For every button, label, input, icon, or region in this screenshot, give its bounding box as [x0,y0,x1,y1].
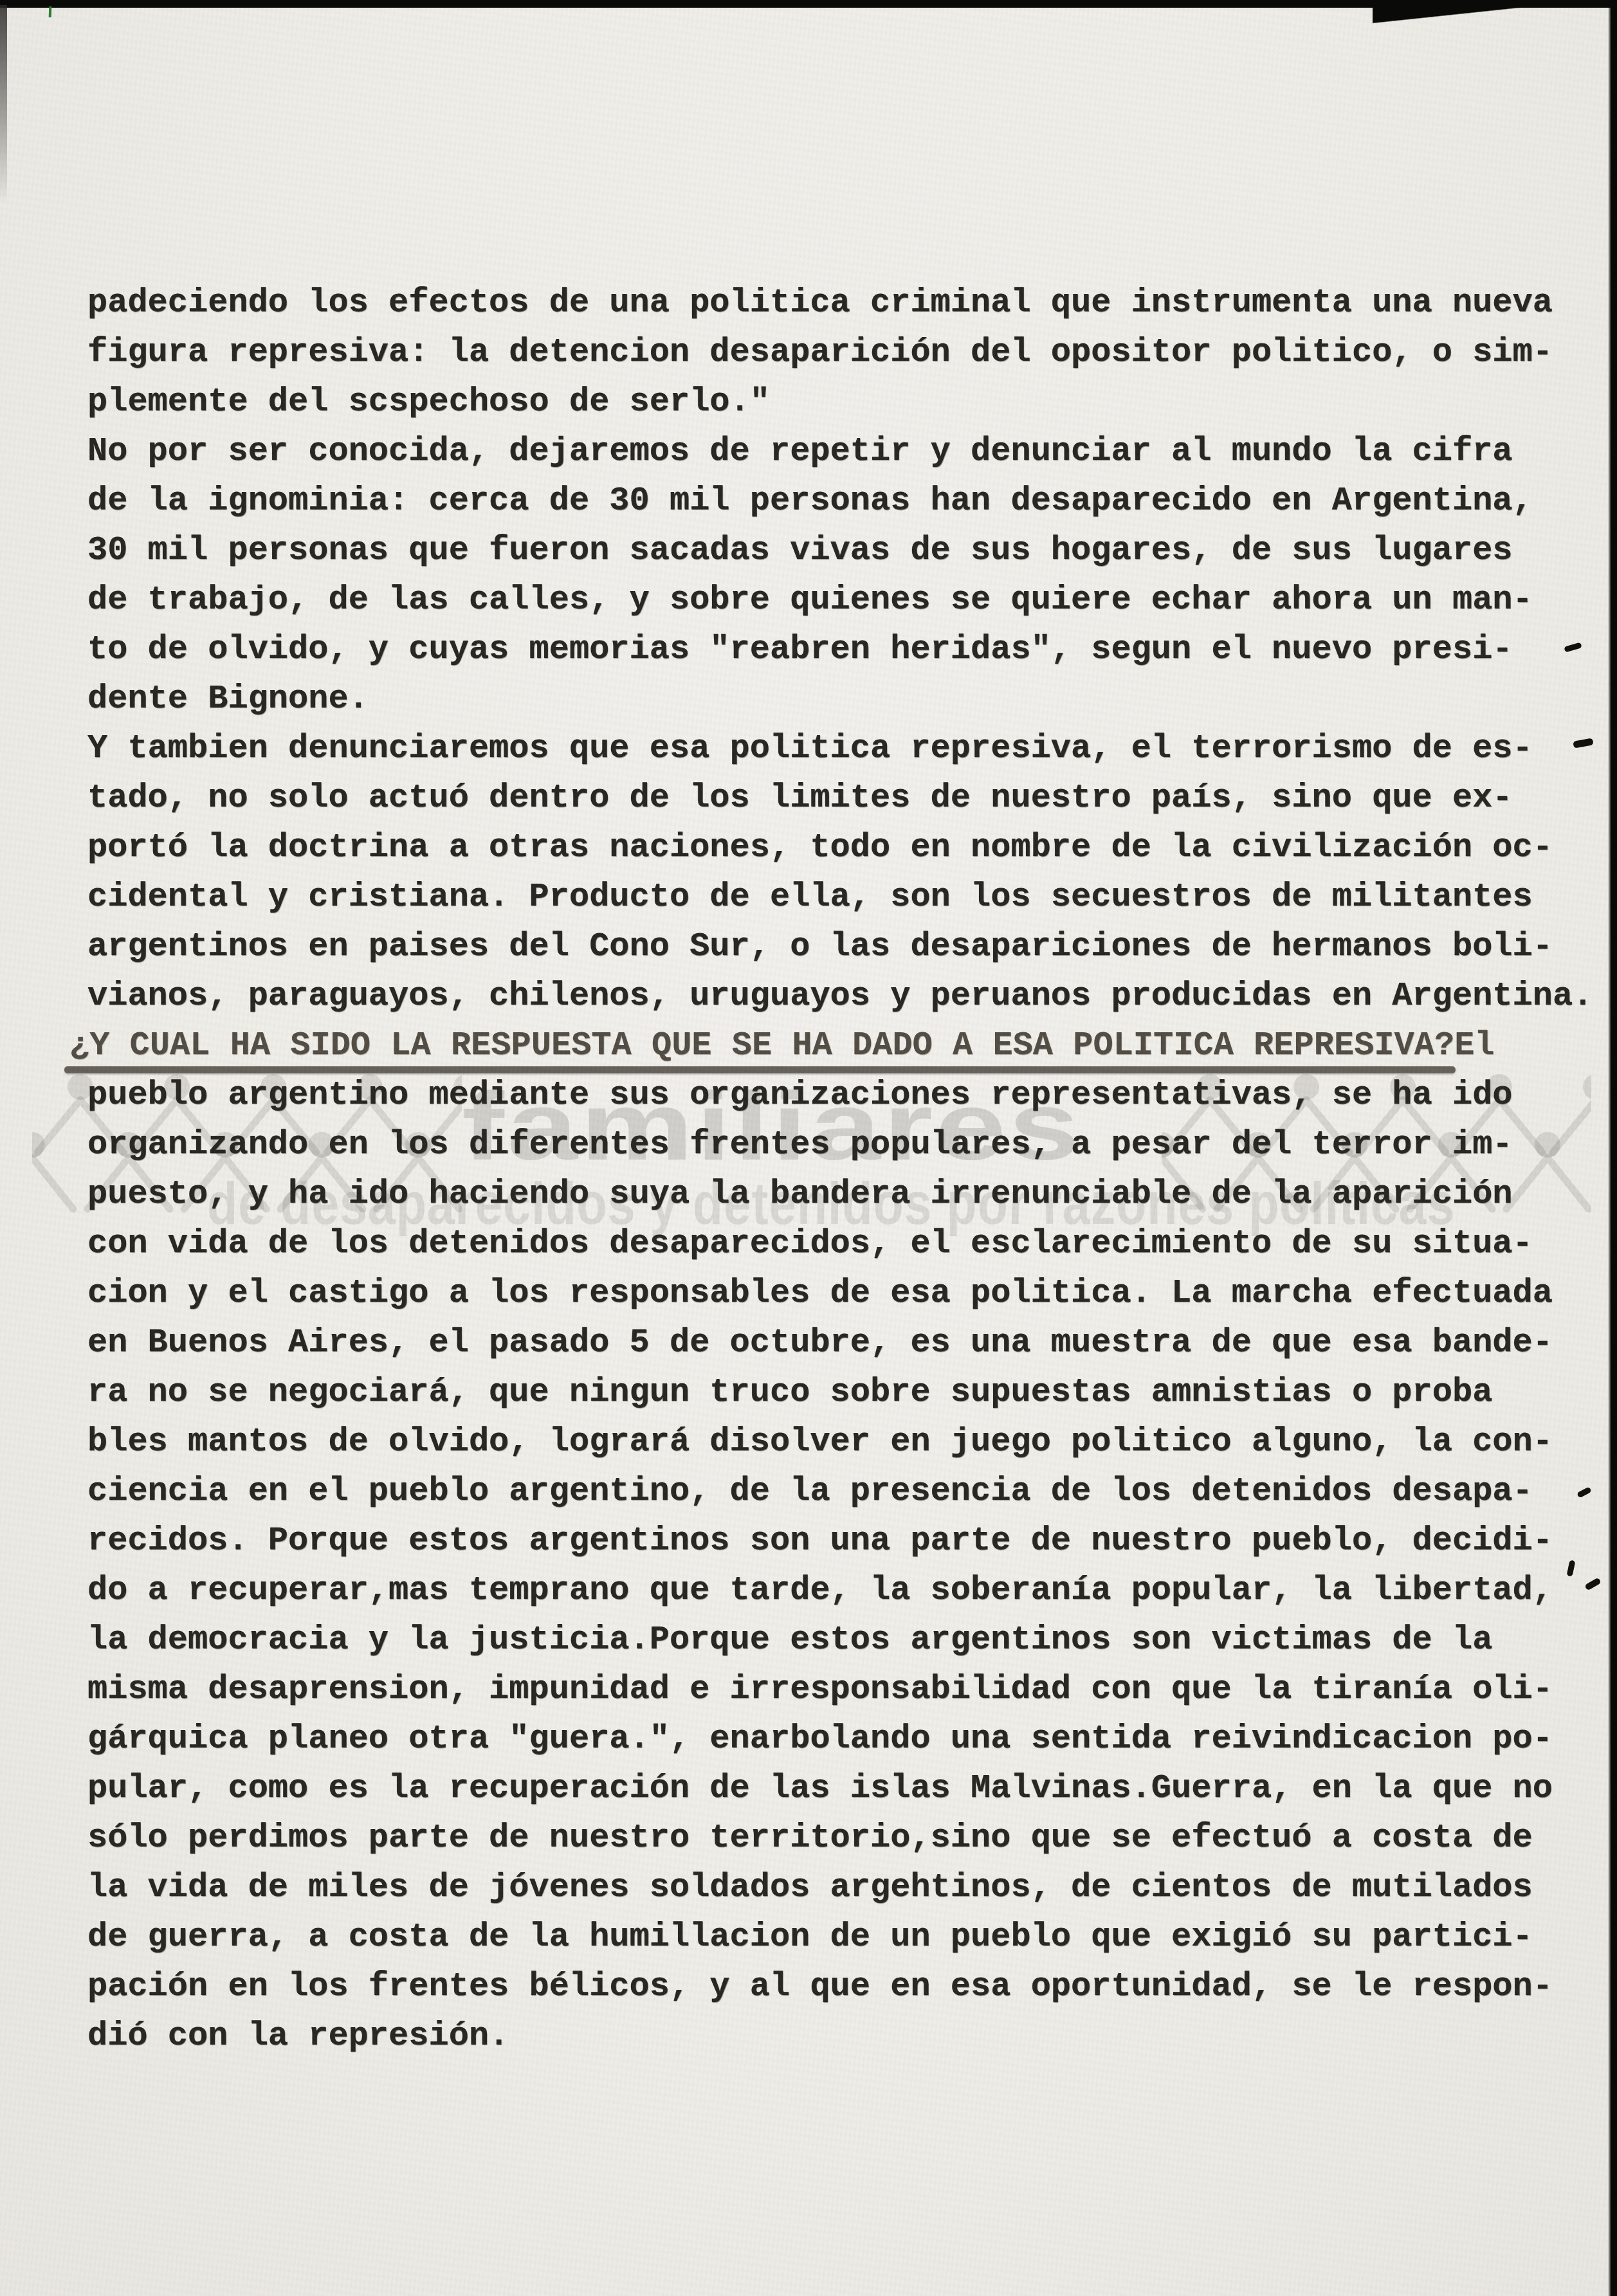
text-line: la vida de miles de jóvenes soldados arg… [87,1863,1617,1912]
text-line: padeciendo los efectos de una politica c… [87,278,1617,327]
typewritten-text: padeciendo los efectos de una politica c… [87,278,1617,2061]
text-line: 30 mil personas que fueron sacadas vivas… [87,525,1617,575]
text-line: organizando en los diferentes frentes po… [87,1120,1617,1169]
scan-corner-top-right [1373,0,1617,26]
text-line: de guerra, a costa de la humillacion de … [87,1912,1617,1962]
text-line: puesto, y ha ido haciendo suya la bander… [87,1169,1617,1219]
text-line: de trabajo, de las calles, y sobre quien… [87,575,1617,624]
text-line: dió con la represión. [87,2011,1617,2061]
text-line: pación en los frentes bélicos, y al que … [87,1962,1617,2011]
text-line: con vida de los detenidos desaparecidos,… [87,1219,1617,1268]
text-line: de la ignominia: cerca de 30 mil persona… [87,476,1617,525]
text-line: tado, no solo actuó dentro de los limite… [87,773,1617,823]
text-line: pueblo argentino mediante sus organizaci… [87,1070,1617,1120]
text-line: to de olvido, y cuyas memorias "reabren … [87,624,1617,674]
text-line: la democracia y la justicia.Porque estos… [87,1615,1617,1664]
text-line: Y tambien denunciaremos que esa politica… [87,724,1617,773]
text-line: do a recuperar,mas temprano que tarde, l… [87,1565,1617,1615]
green-line-artifact [49,6,52,17]
text-line: vianos, paraguayos, chilenos, uruguayos … [87,971,1617,1021]
scan-edge-right [1608,0,1617,2296]
text-line: misma desaprension, impunidad e irrespon… [87,1664,1617,1714]
heading-underlined-text: ¿Y CUAL HA SIDO LA RESPUESTA QUE SE HA D… [69,1026,1454,1064]
text-line: figura represiva: la detencion desaparic… [87,327,1617,377]
text-line: cidental y cristiana. Producto de ella, … [87,872,1617,922]
text-line: sólo perdimos parte de nuestro territori… [87,1813,1617,1863]
scanned-document-page: familiares de desaparecidos y detenidos … [0,0,1617,2296]
text-line: bles mantos de olvido, logrará disolver … [87,1417,1617,1466]
text-line: argentinos en paises del Cono Sur, o las… [87,922,1617,971]
heading-line: ¿Y CUAL HA SIDO LA RESPUESTA QUE SE HA D… [69,1021,1617,1070]
text-line: recidos. Porque estos argentinos son una… [87,1516,1617,1565]
text-line: en Buenos Aires, el pasado 5 de octubre,… [87,1318,1617,1367]
text-line: ra no se negociará, que ningun truco sob… [87,1367,1617,1417]
heading-tail-text: El [1454,1026,1494,1064]
scan-edge-left-shadow [0,5,7,205]
text-line: ciencia en el pueblo argentino, de la pr… [87,1466,1617,1516]
text-line: portó la doctrina a otras naciones, todo… [87,823,1617,872]
text-line: cion y el castigo a los responsables de … [87,1268,1617,1318]
text-line: pular, como es la recuperación de las is… [87,1763,1617,1813]
text-line: No por ser conocida, dejaremos de repeti… [87,426,1617,476]
text-line: plemente del scspechoso de serlo." [87,377,1617,426]
text-line: gárquica planeo otra "guera.", enarbolan… [87,1714,1617,1763]
text-line: dente Bignone. [87,674,1617,724]
